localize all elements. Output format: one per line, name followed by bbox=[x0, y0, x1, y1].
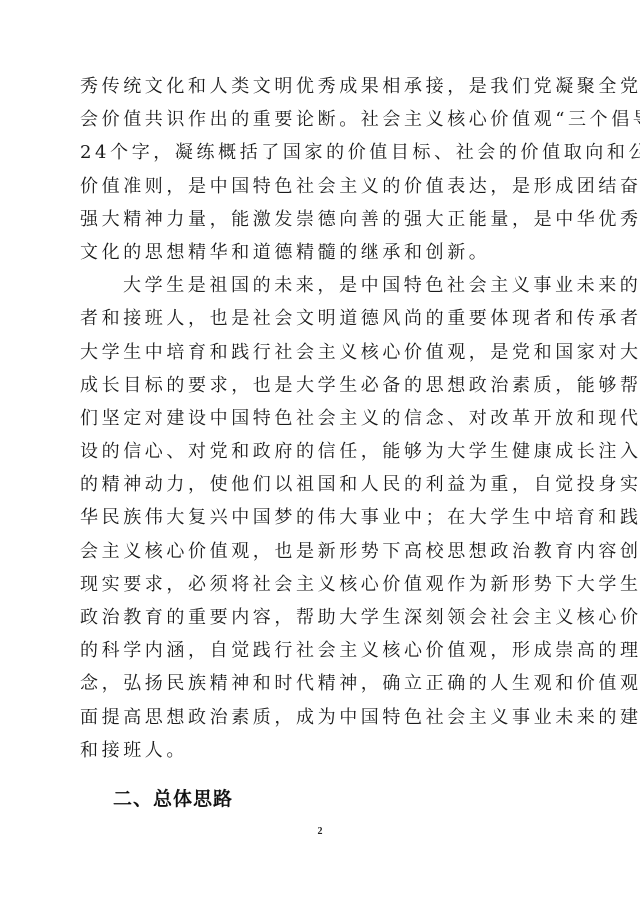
text-line: 成长目标的要求，也是大学生必备的思想政治素质，能够帮助他 bbox=[80, 369, 560, 402]
text-line: 和接班人。 bbox=[80, 734, 560, 767]
text-line: 24个字，凝练概括了国家的价值目标、社会的价值取向和公民的 bbox=[80, 136, 560, 169]
text-line: 设的信心、对党和政府的信任，能够为大学生健康成长注入强大 bbox=[80, 435, 560, 468]
text-line: 会价值共识作出的重要论断。社会主义核心价值观“三个倡导” bbox=[80, 103, 560, 136]
text-line: 大学生中培育和践行社会主义核心价值观，是党和国家对大学生 bbox=[80, 336, 560, 369]
text-line: 文化的思想精华和道德精髓的继承和创新。 bbox=[80, 236, 560, 269]
body-text: 秀传统文化和人类文明优秀成果相承接，是我们党凝聚全党全社 会价值共识作出的重要论… bbox=[80, 70, 560, 767]
text-line: 价值准则，是中国特色社会主义的价值表达，是形成团结奋斗的 bbox=[80, 170, 560, 203]
text-line: 强大精神力量，能激发崇德向善的强大正能量，是中华优秀传统 bbox=[80, 203, 560, 236]
document-page: 秀传统文化和人类文明优秀成果相承接，是我们党凝聚全党全社 会价值共识作出的重要论… bbox=[0, 0, 640, 905]
text-line: 现实要求，必须将社会主义核心价值观作为新形势下大学生思想 bbox=[80, 568, 560, 601]
text-line: 们坚定对建设中国特色社会主义的信念、对改革开放和现代化建 bbox=[80, 402, 560, 435]
text-line: 念，弘扬民族精神和时代精神，确立正确的人生观和价值观，全 bbox=[80, 667, 560, 700]
text-line: 的科学内涵，自觉践行社会主义核心价值观，形成崇高的理想信 bbox=[80, 634, 560, 667]
section-heading: 二、总体思路 bbox=[113, 784, 233, 811]
text-line: 政治教育的重要内容，帮助大学生深刻领会社会主义核心价值观 bbox=[80, 601, 560, 634]
paragraph-start-line: 大学生是祖国的未来，是中国特色社会主义事业未来的建设 bbox=[80, 269, 560, 302]
text-line: 会主义核心价值观，也是新形势下高校思想政治教育内容创新的 bbox=[80, 535, 560, 568]
text-line: 的精神动力，使他们以祖国和人民的利益为重，自觉投身实现中 bbox=[80, 468, 560, 501]
text-line: 华民族伟大复兴中国梦的伟大事业中；在大学生中培育和践行社 bbox=[80, 501, 560, 534]
page-number: 2 bbox=[314, 826, 326, 837]
text-line: 者和接班人，也是社会文明道德风尚的重要体现者和传承者。在 bbox=[80, 302, 560, 335]
text-line: 秀传统文化和人类文明优秀成果相承接，是我们党凝聚全党全社 bbox=[80, 70, 560, 103]
text-line: 面提高思想政治素质，成为中国特色社会主义事业未来的建设者 bbox=[80, 701, 560, 734]
